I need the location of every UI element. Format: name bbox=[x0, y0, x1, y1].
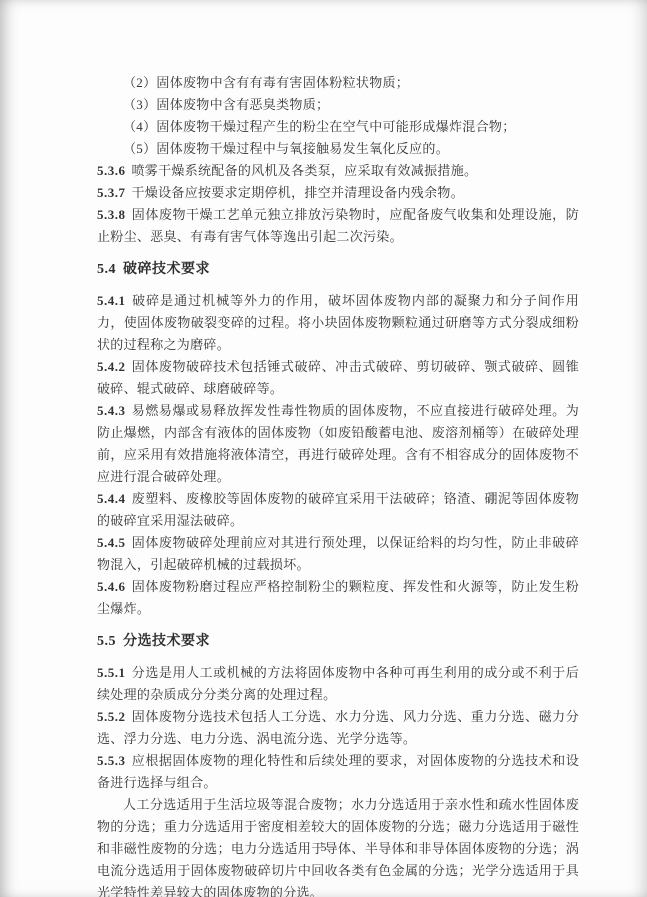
list-item-3: （3）固体废物中含有恶臭类物质； bbox=[97, 94, 579, 116]
clause-number: 5.4.1 bbox=[97, 293, 126, 308]
section-title: 破碎技术要求 bbox=[123, 262, 210, 277]
page-number: 5 bbox=[0, 840, 647, 855]
clause-5-5-2: 5.5.2固体废物分选技术包括人工分选、水力分选、风力分选、重力分选、磁力分选、… bbox=[97, 706, 579, 750]
clause-text: 破碎是通过机械等外力的作用，破坏固体废物内部的凝聚力和分子间作用力，使固体废物破… bbox=[97, 293, 579, 352]
clause-text: 易燃易爆或易释放挥发性毒性物质的固体废物，不应直接进行破碎处理。为防止爆燃，内部… bbox=[97, 403, 579, 484]
clause-text: 固体废物破碎处理前应对其进行预处理，以保证给料的均匀性，防止非破碎物混入，引起破… bbox=[97, 535, 579, 572]
clause-number: 5.3.8 bbox=[97, 207, 126, 222]
clause-number: 5.4.2 bbox=[97, 359, 126, 374]
clause-5-3-7: 5.3.7干燥设备应按要求定期停机，排空并清理设备内残余物。 bbox=[97, 182, 579, 204]
clause-text: 固体废物干燥工艺单元独立排放污染物时，应配备废气收集和处理设施，防止粉尘、恶臭、… bbox=[97, 207, 579, 244]
clause-number: 5.5.1 bbox=[97, 665, 126, 680]
clause-5-4-6: 5.4.6固体废物粉磨过程应严格控制粉尘的颗粒度、挥发性和火源等，防止发生粉尘爆… bbox=[97, 576, 579, 620]
clause-number: 5.4.6 bbox=[97, 579, 126, 594]
clause-number: 5.4.4 bbox=[97, 491, 126, 506]
clause-number: 5.3.6 bbox=[97, 163, 126, 178]
clause-text: 固体废物分选技术包括人工分选、水力分选、风力分选、重力分选、磁力分选、浮力分选、… bbox=[97, 709, 579, 746]
clause-5-4-5: 5.4.5固体废物破碎处理前应对其进行预处理，以保证给料的均匀性，防止非破碎物混… bbox=[97, 532, 579, 576]
clause-5-4-4: 5.4.4废塑料、废橡胶等固体废物的破碎宜采用干法破碎；铬渣、硼泥等固体废物的破… bbox=[97, 488, 579, 532]
clause-5-4-2: 5.4.2固体废物破碎技术包括锤式破碎、冲击式破碎、剪切破碎、颚式破碎、圆锥破碎… bbox=[97, 356, 579, 400]
clause-5-5-1: 5.5.1分选是用人工或机械的方法将固体废物中各种可再生利用的成分或不利于后续处… bbox=[97, 662, 579, 706]
section-number: 5.4 bbox=[97, 262, 116, 277]
clause-5-3-6: 5.3.6喷雾干燥系统配备的风机及各类泵，应采取有效减振措施。 bbox=[97, 160, 579, 182]
clause-number: 5.5.2 bbox=[97, 709, 126, 724]
clause-text: 干燥设备应按要求定期停机，排空并清理设备内残余物。 bbox=[132, 185, 465, 200]
clause-5-5-3: 5.5.3应根据固体废物的理化特性和后续处理的要求，对固体废物的分选技术和设备进… bbox=[97, 750, 579, 794]
clause-number: 5.5.3 bbox=[97, 753, 126, 768]
clause-text: 废塑料、废橡胶等固体废物的破碎宜采用干法破碎；铬渣、硼泥等固体废物的破碎宜采用湿… bbox=[97, 491, 579, 528]
list-item-2: （2）固体废物中含有有毒有害固体粉粒状物质； bbox=[97, 72, 579, 94]
clause-text: 固体废物破碎技术包括锤式破碎、冲击式破碎、剪切破碎、颚式破碎、圆锥破碎、辊式破碎… bbox=[97, 359, 579, 396]
list-item-5: （5）固体废物干燥过程中与氧接触易发生氧化反应的。 bbox=[97, 138, 579, 160]
section-number: 5.5 bbox=[97, 634, 116, 649]
section-heading-5-5: 5.5分选技术要求 bbox=[97, 620, 579, 662]
clause-text: 喷雾干燥系统配备的风机及各类泵，应采取有效减振措施。 bbox=[132, 163, 478, 178]
clause-number: 5.3.7 bbox=[97, 185, 126, 200]
clause-number: 5.4.3 bbox=[97, 403, 126, 418]
clause-text: 分选是用人工或机械的方法将固体废物中各种可再生利用的成分或不利于后续处理的杂质成… bbox=[97, 665, 579, 702]
clause-text: 固体废物粉磨过程应严格控制粉尘的颗粒度、挥发性和火源等，防止发生粉尘爆炸。 bbox=[97, 579, 579, 616]
section-title: 分选技术要求 bbox=[123, 634, 210, 649]
clause-5-3-8: 5.3.8固体废物干燥工艺单元独立排放污染物时，应配备废气收集和处理设施，防止粉… bbox=[97, 204, 579, 248]
document-page: （2）固体废物中含有有毒有害固体粉粒状物质； （3）固体废物中含有恶臭类物质； … bbox=[0, 0, 647, 897]
clause-5-4-3: 5.4.3易燃易爆或易释放挥发性毒性物质的固体废物，不应直接进行破碎处理。为防止… bbox=[97, 400, 579, 488]
page-content: （2）固体废物中含有有毒有害固体粉粒状物质； （3）固体废物中含有恶臭类物质； … bbox=[97, 72, 579, 897]
section-heading-5-4: 5.4破碎技术要求 bbox=[97, 248, 579, 290]
clause-text: 应根据固体废物的理化特性和后续处理的要求，对固体废物的分选技术和设备进行选择与组… bbox=[97, 753, 579, 790]
list-item-4: （4）固体废物干燥过程产生的粉尘在空气中可能形成爆炸混合物； bbox=[97, 116, 579, 138]
clause-number: 5.4.5 bbox=[97, 535, 126, 550]
clause-5-4-1: 5.4.1破碎是通过机械等外力的作用，破坏固体废物内部的凝聚力和分子间作用力，使… bbox=[97, 290, 579, 356]
